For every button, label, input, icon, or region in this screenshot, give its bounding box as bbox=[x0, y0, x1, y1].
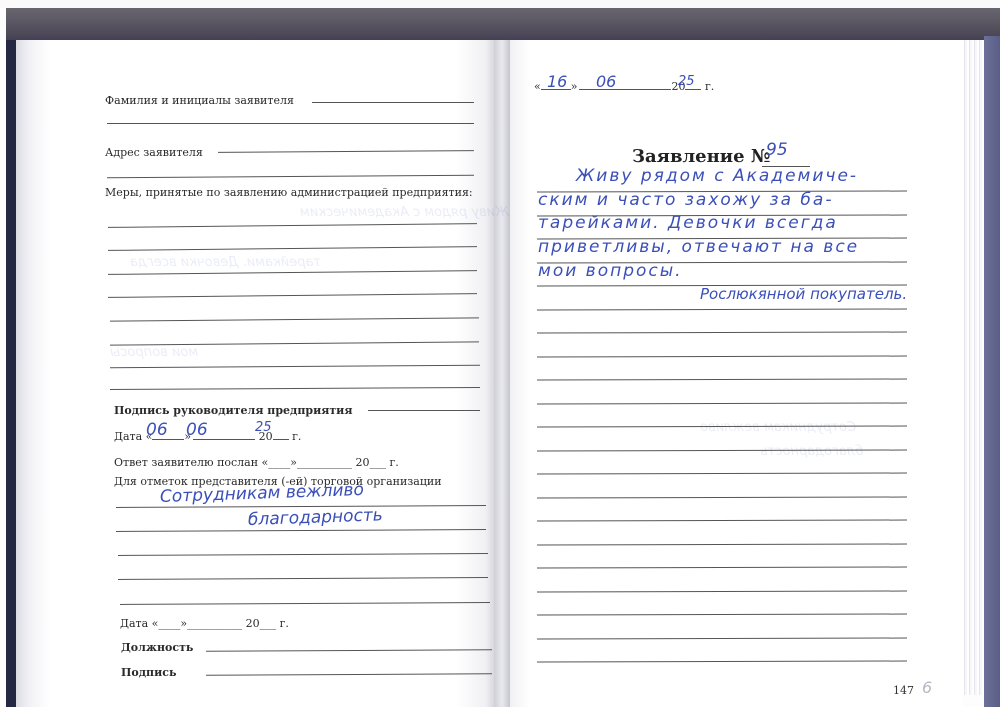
book-cover-right bbox=[984, 36, 1000, 707]
page-edges bbox=[962, 40, 984, 695]
book-gutter bbox=[494, 40, 510, 707]
complaint-text-line: Живу рядом с Академиче- bbox=[576, 166, 858, 186]
bleed-through-text: тарейками. Девочки всегда bbox=[130, 255, 321, 270]
applicant-name-label: Фамилия и инициалы заявителя bbox=[105, 94, 294, 107]
book-cover-left bbox=[6, 40, 16, 707]
handwritten-date-month: 06 bbox=[186, 420, 208, 440]
manager-signature-label: Подпись руководителя предприятия bbox=[114, 404, 352, 417]
handwritten-complaint-number: 95 bbox=[766, 140, 788, 160]
bleed-through-text: благодарность bbox=[760, 444, 863, 459]
applicant-name-field-line2[interactable] bbox=[107, 123, 474, 124]
left-page bbox=[16, 40, 494, 707]
complaint-title: Заявление № bbox=[632, 146, 770, 167]
complaint-text-line: приветливы, отвечают на все bbox=[538, 237, 859, 257]
handwritten-date-day: 06 bbox=[146, 420, 168, 440]
page-pencil-mark: 6 bbox=[922, 678, 932, 697]
bottom-date-label: Дата «____»__________ 20___ г. bbox=[120, 617, 289, 630]
applicant-name-field[interactable] bbox=[312, 102, 474, 103]
measures-label: Меры, принятые по заявлению администраци… bbox=[105, 186, 473, 199]
complaint-text-line: мои вопросы. bbox=[538, 261, 683, 281]
book-cover-top bbox=[6, 8, 1000, 44]
complaint-signature-text: Рослюкянной покупатель. bbox=[700, 285, 907, 303]
manager-signature-field[interactable] bbox=[368, 410, 480, 411]
date-open-quote: « bbox=[534, 80, 541, 93]
signature-label: Подпись bbox=[121, 666, 176, 679]
handwritten-date-day: 16 bbox=[547, 72, 567, 91]
date-close-quote: » bbox=[571, 80, 578, 93]
bleed-through-text: мои вопросы bbox=[110, 345, 198, 360]
complaint-text-line: ским и часто захожу за ба- bbox=[538, 190, 833, 210]
applicant-address-label: Адрес заявителя bbox=[105, 146, 203, 159]
right-page bbox=[510, 40, 962, 707]
year-suffix: г. bbox=[705, 80, 714, 93]
handwritten-date-year: 25 bbox=[255, 420, 272, 435]
handwritten-date-year: 25 bbox=[678, 74, 695, 89]
position-label: Должность bbox=[121, 641, 193, 654]
bleed-through-text: Живу рядом с Академическим bbox=[300, 205, 509, 220]
reply-sent-label: Ответ заявителю послан «____»__________ … bbox=[114, 456, 399, 469]
handwritten-date-month: 06 bbox=[596, 72, 616, 91]
page-number: 147 bbox=[893, 684, 914, 697]
scan-margin bbox=[0, 0, 1000, 8]
bleed-through-text: Сотрудникам вежливо bbox=[700, 420, 856, 435]
year-suffix: г. bbox=[292, 430, 301, 443]
